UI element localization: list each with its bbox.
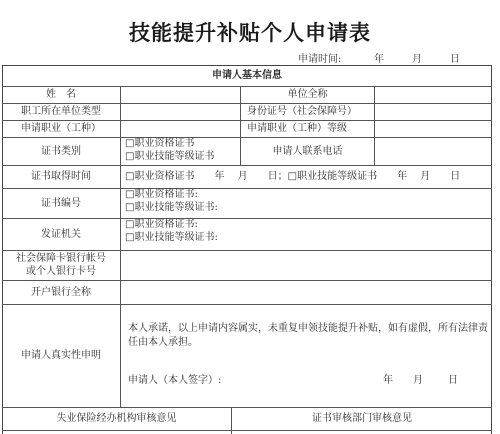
cert-type-checkbox-skill-level[interactable]: □职业技能等级证书 (125, 150, 214, 163)
bank-name-field[interactable] (121, 280, 492, 304)
sign-month: 月 (413, 371, 423, 386)
cert-date-label: 证书取得时间 (2, 165, 120, 188)
unit-name-field[interactable] (375, 86, 492, 103)
id-label: 身份证号（社会保障号） (241, 103, 374, 120)
form-title: 技能提升补贴个人申请表 (0, 17, 500, 47)
section-header: 申请人基本信息 (2, 65, 492, 86)
divider (2, 430, 492, 431)
cert-type-options: □职业资格证书 □职业技能等级证书 (121, 137, 240, 165)
cert-date-field[interactable]: □职业资格证书 年 月 日；□职业技能等级证书 年 月 日 (121, 165, 492, 188)
issuer-label: 发证机关 (2, 218, 120, 250)
cert-no-skill-level-field[interactable]: □职业技能等级证书: (125, 201, 218, 214)
declaration-text: 本人承诺，以上申请内容属实，未重复申领技能提升补贴，如有虚假，所有法律责任由本人… (128, 322, 488, 350)
sign-day: 日 (448, 371, 458, 386)
sign-year: 年 (383, 371, 393, 386)
occupation-level-label: 申请职业（工种）等级 (241, 120, 374, 137)
name-label: 姓 名 (2, 86, 120, 103)
unit-type-label: 职工所在单位类型 (2, 103, 120, 120)
cert-no-options: □职业资格证书: □职业技能等级证书: (121, 188, 492, 218)
name-field[interactable] (121, 86, 240, 103)
bank-account-field[interactable] (121, 250, 492, 280)
phone-label: 申请人联系电话 (241, 137, 374, 165)
apply-date-day: 日 (450, 50, 460, 65)
issuer-qualification-field[interactable]: □职业资格证书: (125, 218, 198, 231)
cert-no-label: 证书编号 (2, 188, 120, 218)
issuer-skill-level-field[interactable]: □职业技能等级证书: (125, 231, 218, 244)
cert-no-qualification-field[interactable]: □职业资格证书: (125, 188, 198, 201)
id-field[interactable] (375, 103, 492, 120)
occupation-label: 申请职业（工种） (2, 120, 120, 137)
bank-account-label: 社会保障卡银行帐号 或个人银行卡号 (2, 250, 120, 280)
phone-field[interactable] (375, 137, 492, 165)
unit-type-field[interactable] (121, 103, 240, 120)
apply-date-month: 月 (412, 50, 422, 65)
cert-type-checkbox-qualification[interactable]: □职业资格证书 (125, 137, 194, 150)
issuer-options: □职业资格证书: □职业技能等级证书: (121, 218, 492, 250)
occupation-field[interactable] (121, 120, 240, 137)
signature-field[interactable] (290, 364, 370, 386)
apply-date-year: 年 (374, 50, 384, 65)
bank-account-label-line1: 社会保障卡银行帐号 (16, 252, 106, 265)
apply-date-label: 申请时间: (298, 50, 341, 65)
bank-account-label-line2: 或个人银行卡号 (26, 265, 96, 278)
declaration-label: 申请人真实性申明 (2, 304, 120, 407)
unemployment-office-audit-header: 失业保险经办机构审核意见 (2, 407, 231, 430)
bank-name-label: 开户银行全称 (2, 280, 120, 304)
cert-dept-audit-header: 证书审核部门审核意见 (232, 407, 492, 430)
unit-name-label: 单位全称 (241, 86, 374, 103)
signature-label: 申请人（本人签字）: (128, 371, 221, 386)
occupation-level-field[interactable] (375, 120, 492, 137)
cert-type-label: 证书类别 (2, 137, 120, 165)
